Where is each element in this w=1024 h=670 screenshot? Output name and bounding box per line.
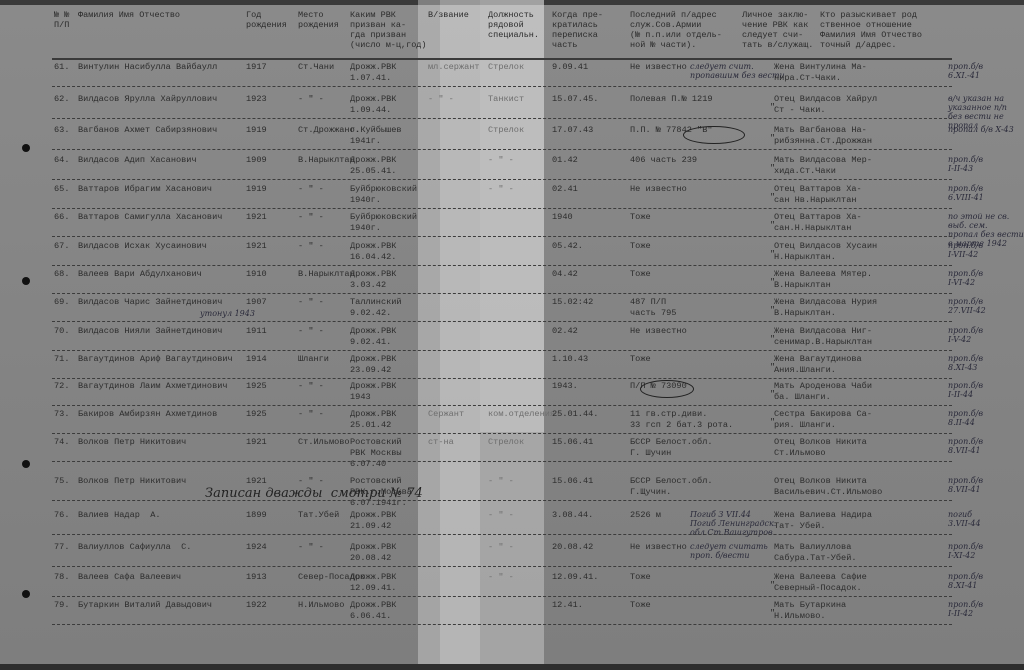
- cell-year: 1925: [246, 409, 267, 420]
- cell-drafted: Таллинский 9.02.42.: [350, 297, 402, 319]
- row-divider: [52, 321, 952, 322]
- cell-place: - " -: [298, 297, 324, 308]
- column-header-drafted: Каким РВК призван ка- гда призван (число…: [350, 10, 427, 50]
- cell-drafted: Дрожж.РВК 23.09.42: [350, 354, 396, 376]
- cell-year: 1924: [246, 542, 267, 553]
- cell-date-lost: 15.02:42: [552, 297, 593, 308]
- cell-relative: Отец Волков Никита Васильевич.Ст.Ильмово: [774, 476, 882, 498]
- cell-relative: Жена Вагаутдинова Ания.Шланги.: [774, 354, 862, 376]
- cell-place: Ст.Чани: [298, 62, 334, 73]
- cell-drafted: Дрожж.РВК 3.03.42: [350, 269, 396, 291]
- cell-last-address: 11 гв.стр.диви. 33 гсп 2 бат.3 рота.: [630, 409, 733, 431]
- row-divider: [52, 596, 952, 597]
- column-header-last-address: Последний п/адрес служ.Сов.Армии (№ п.п.…: [630, 10, 722, 50]
- cell-num: 72.: [54, 381, 69, 392]
- handwritten-note: проп.б/в I-II-42: [948, 600, 983, 618]
- cell-relative: Жена Вилдасова Нурия В.Нарыклтан.: [774, 297, 877, 319]
- handwritten-note: проп.б/в 8.XI-41: [948, 572, 983, 590]
- cell-place: - " -: [298, 409, 324, 420]
- cell-num: 71.: [54, 354, 69, 365]
- cell-num: 78.: [54, 572, 69, 583]
- cell-relative: Мать Бутаркина Н.Ильмово.: [774, 600, 846, 622]
- cell-num: 75.: [54, 476, 69, 487]
- cell-relative: Отец Ваттаров Ха- сан Нв.Нарыклтан: [774, 184, 862, 206]
- cell-drafted: Дрожж.РВК 9.02.41.: [350, 326, 396, 348]
- cell-date-lost: 12.41.: [552, 600, 583, 611]
- cell-drafted: Дрожж.РВК 25.05.41.: [350, 155, 396, 177]
- header-rule: [52, 58, 952, 60]
- cell-drafted: Дрожж.РВК 16.04.42.: [350, 241, 396, 263]
- cell-year: 1910: [246, 269, 267, 280]
- cell-name: Вилдасов Нияли Зайнетдинович: [78, 326, 222, 337]
- cell-num: 73.: [54, 409, 69, 420]
- cell-relative: Жена Валеева Мятер. В.Нарыклтан: [774, 269, 872, 291]
- cell-place: - " -: [298, 326, 324, 337]
- cell-year: 1921: [246, 241, 267, 252]
- row-divider: [52, 350, 952, 351]
- cell-year: 1913: [246, 572, 267, 583]
- cell-year: 1911: [246, 326, 267, 337]
- cell-year: 1914: [246, 354, 267, 365]
- cell-relative: Сестра Бакирова Са- рия. Шланги.: [774, 409, 872, 431]
- row-divider: [52, 293, 952, 294]
- cell-last-address: БССР Белост.обл. Г.Щучин.: [630, 476, 713, 498]
- row-divider: [52, 179, 952, 180]
- handwritten-note: проп.б/в 8.II-44: [948, 409, 983, 427]
- handwritten-note: проп.б/в I-II-43: [948, 155, 983, 173]
- page-bottom-edge: [0, 664, 1024, 670]
- cell-place: Ст.Ильмово: [298, 437, 350, 448]
- cell-num: 66.: [54, 212, 69, 223]
- cell-place: В.Нарыклтан: [298, 155, 355, 166]
- cell-last-address: 487 П/П часть 795: [630, 297, 676, 319]
- cell-last-address: Тоже: [630, 572, 651, 583]
- cell-year: 1922: [246, 600, 267, 611]
- cell-name: Вагбанов Ахмет Сабирзянович: [78, 125, 217, 136]
- cell-rank: ст-на: [428, 437, 454, 448]
- cell-num: 69.: [54, 297, 69, 308]
- column-header-place: Место рождения: [298, 10, 339, 30]
- cell-num: 70.: [54, 326, 69, 337]
- cell-num: 79.: [54, 600, 69, 611]
- cell-last-address: Не известно: [630, 326, 687, 337]
- cell-date-lost: 1.10.43: [552, 354, 588, 365]
- cell-name: Ваттаров Самигулла Хасанович: [78, 212, 222, 223]
- cell-num: 74.: [54, 437, 69, 448]
- cell-drafted: Дрожж.РВК 12.09.41.: [350, 572, 396, 594]
- cell-place: - " -: [298, 212, 324, 223]
- handwritten-note: проп.б/в 8.VII-41: [948, 437, 983, 455]
- cell-name: Вилдасов Адип Хасанович: [78, 155, 197, 166]
- cell-date-lost: 3.08.44.: [552, 510, 593, 521]
- cell-rvk-note: следует считать проп. б/вести: [690, 542, 768, 560]
- cell-last-address: Не известно: [630, 542, 687, 553]
- cell-position: - " -: [488, 572, 514, 583]
- cell-relative: Жена Винтулина Ма- нира.Ст-Чаки.: [774, 62, 867, 84]
- cell-rvk-note: Погиб 3 VII.44 Погиб Ленинградск. обл.Ст…: [690, 510, 776, 537]
- row-divider: [52, 461, 952, 462]
- cell-num: 61.: [54, 62, 69, 73]
- cell-last-address: Тоже: [630, 241, 651, 252]
- cell-name: Валеев Сафа Валеевич: [78, 572, 181, 583]
- cell-num: 64.: [54, 155, 69, 166]
- row-divider: [52, 378, 952, 379]
- cell-relative: Мать Вагбанова На- рибзянна.Ст.Дрожжан: [774, 125, 872, 147]
- cell-drafted: Дрожж.РВК 25.01.42: [350, 409, 396, 431]
- cell-drafted: Буйбрюковский 1940г.: [350, 184, 417, 206]
- handwritten-note: проп.б/в I-II-44: [948, 381, 983, 399]
- cell-relative: Жена Валиева Надира Тат- Убей.: [774, 510, 872, 532]
- hole-punch: [22, 460, 30, 468]
- column-header-rank: В/звание: [428, 10, 469, 20]
- cell-name: Ваттаров Ибрагим Хасанович: [78, 184, 212, 195]
- cell-relative: Мать Вилдасова Мер- хида.Ст.Чаки: [774, 155, 872, 177]
- cell-rank: мл.сержант: [428, 62, 480, 73]
- cell-position: - " -: [488, 184, 514, 195]
- cell-date-lost: 25.01.44.: [552, 409, 598, 420]
- handwritten-note: погиб 3.VII-44: [948, 510, 981, 528]
- cell-drafted: Буйбрюковский 1940г.: [350, 212, 417, 234]
- cell-date-lost: 01.42: [552, 155, 578, 166]
- hole-punch: [22, 144, 30, 152]
- cell-last-address: Не известно: [630, 62, 687, 73]
- cell-name: Валиуллов Сафиулла С.: [78, 542, 191, 553]
- cell-date-lost: 15.06.41: [552, 476, 593, 487]
- cell-place: - " -: [298, 184, 324, 195]
- cell-year: 1919: [246, 125, 267, 136]
- cell-last-address: Тоже: [630, 600, 651, 611]
- column-header-num: № № П/П: [54, 10, 69, 30]
- cell-relative: Отец Вилдасов Хусаин Н.Нарыклтан.: [774, 241, 877, 263]
- cell-last-address: 406 часть 239: [630, 155, 697, 166]
- handwritten-note: проп.б/в I-VII-42: [948, 241, 983, 259]
- cell-year: 1919: [246, 184, 267, 195]
- handwritten-note: проп.б/в 6.XI.-41: [948, 62, 983, 80]
- cell-year: 1909: [246, 155, 267, 166]
- cell-num: 68.: [54, 269, 69, 280]
- cell-date-lost: 02.41: [552, 184, 578, 195]
- cell-relative: Отец Волков Никита Ст.Ильмово: [774, 437, 867, 459]
- cell-name: Вагаутдинов Ариф Вагаутдинович: [78, 354, 233, 365]
- cell-date-lost: 05.42.: [552, 241, 583, 252]
- cell-date-lost: 12.09.41.: [552, 572, 598, 583]
- handwritten-note: проп.б/в 6.VIII-41: [948, 184, 984, 202]
- row-divider: [52, 405, 952, 406]
- cell-num: 76.: [54, 510, 69, 521]
- cell-date-lost: 15.07.45.: [552, 94, 598, 105]
- cell-position: Стрелок: [488, 125, 524, 136]
- cell-name: Вилдасов Исхак Хусаинович: [78, 241, 207, 252]
- cell-drafted: Дрожж.РВК 1.09.44.: [350, 94, 396, 116]
- cell-relative: Мать Валиуллова Сабура.Тат-Убей.: [774, 542, 857, 564]
- row-divider: [52, 624, 952, 625]
- cell-drafted: Ростовский РВК Москвы 6.07.40: [350, 437, 402, 470]
- cell-position: - " -: [488, 510, 514, 521]
- handwritten-note: проп.б/в I-V-42: [948, 326, 983, 344]
- cell-date-lost: 20.08.42: [552, 542, 593, 553]
- cell-name: Валеев Вари Абдулханович: [78, 269, 202, 280]
- handwritten-note: проп.б/в 27.VII-42: [948, 297, 986, 315]
- cell-relative: Отец Ваттаров Ха- сан.Н.Нарыклтан: [774, 212, 862, 234]
- cell-last-address: Полевая П.№ 1219: [630, 94, 713, 105]
- handwritten-note: проп.б/в I-VI-42: [948, 269, 983, 287]
- cell-place: - " -: [298, 381, 324, 392]
- cell-place: - " -: [298, 542, 324, 553]
- column-header-name: Фамилия Имя Отчество: [78, 10, 180, 20]
- row-divider: [52, 433, 952, 434]
- circle-mark: [683, 126, 745, 144]
- cell-rank: - " -: [428, 94, 454, 105]
- cell-drafted: Дрожж.РВК 1.07.41.: [350, 62, 396, 84]
- cell-drafted: Дрожж.РВК 20.08.42: [350, 542, 396, 564]
- cell-place: - " -: [298, 241, 324, 252]
- cell-drafted: г.Куйбышев 1941г.: [350, 125, 402, 147]
- cell-name: Вилдасов Чарис Зайнетдинович: [78, 297, 222, 308]
- cell-num: 67.: [54, 241, 69, 252]
- row-divider: [52, 149, 952, 150]
- cell-drafted: Дрожж.РВК 21.09.42: [350, 510, 396, 532]
- cell-position: Стрелок: [488, 62, 524, 73]
- cell-year: 1921: [246, 437, 267, 448]
- column-header-relative: Кто разыскивает род ственное отношение Ф…: [820, 10, 922, 50]
- cell-date-lost: 02.42: [552, 326, 578, 337]
- cell-date-lost: 9.09.41: [552, 62, 588, 73]
- cell-year: 1925: [246, 381, 267, 392]
- column-header-year: Год рождения: [246, 10, 287, 30]
- handwritten-note: пропал б/в X-43: [948, 125, 1014, 134]
- cell-name: Валиев Надар А.: [78, 510, 161, 521]
- cell-num: 63.: [54, 125, 69, 136]
- handwritten-note: проп.б/в I-XI-42: [948, 542, 983, 560]
- cell-position: - " -: [488, 542, 514, 553]
- cell-relative: Отец Вилдасов Хайрул Ст - Чаки.: [774, 94, 877, 116]
- row-divider: [52, 566, 952, 567]
- cell-drafted: Дрожж.РВК 6.06.41.: [350, 600, 396, 622]
- cell-date-lost: 1943.: [552, 381, 578, 392]
- cell-relative: Жена Валеева Сафие Северный-Посадок.: [774, 572, 867, 594]
- cell-position: Стрелок: [488, 437, 524, 448]
- cell-last-address: Тоже: [630, 269, 651, 280]
- cell-num: 62.: [54, 94, 69, 105]
- cell-name: Вагаутдинов Лаим Ахметдинович: [78, 381, 228, 392]
- cell-place: Шланги: [298, 354, 329, 365]
- cell-rank: Сержант: [428, 409, 464, 420]
- cell-position: - " -: [488, 155, 514, 166]
- row-divider: [52, 534, 952, 535]
- cell-name: Волков Петр Никитович: [78, 476, 186, 487]
- cell-year: 1921: [246, 212, 267, 223]
- cell-relative: Мать Ароденова Чаби ба. Шланги.: [774, 381, 872, 403]
- column-header-rvk-note: Личное заклю- чение РВК как следует счи-…: [742, 10, 813, 50]
- cell-num: 77.: [54, 542, 69, 553]
- circle-mark: [640, 380, 694, 398]
- cell-date-lost: 17.07.43: [552, 125, 593, 136]
- cell-position: ком.отделения: [488, 409, 555, 420]
- cell-name: Вилдасов Ярулла Хайруллович: [78, 94, 217, 105]
- column-header-date-lost: Когда пре- кратилась переписка часть: [552, 10, 603, 50]
- cell-rvk-note: следует счит. пропавшим без вести: [690, 62, 785, 80]
- cell-place: - " -: [298, 94, 324, 105]
- cell-year: 1907: [246, 297, 267, 308]
- cell-drafted: Дрожж.РВК 1943: [350, 381, 396, 403]
- cell-position: - " -: [488, 476, 514, 487]
- cell-name: Бакиров Амбирзян Ахметдинов: [78, 409, 217, 420]
- cell-place: Тат.Убей: [298, 510, 339, 521]
- cell-last-address: Не известно: [630, 184, 687, 195]
- hole-punch: [22, 590, 30, 598]
- cell-date-lost: 1940: [552, 212, 573, 223]
- cell-name: Винтулин Насибулла Вайбаулл: [78, 62, 217, 73]
- row-divider: [52, 236, 952, 237]
- row-divider: [52, 86, 952, 87]
- cell-year: 1917: [246, 62, 267, 73]
- cell-position: Танкист: [488, 94, 524, 105]
- hole-punch: [22, 277, 30, 285]
- row-divider: [52, 118, 952, 119]
- cell-num: 65.: [54, 184, 69, 195]
- row-divider: [52, 265, 952, 266]
- row-divider: [52, 208, 952, 209]
- handwritten-note: проп.б/в 8.VII-41: [948, 476, 983, 494]
- cell-last-address: БССР Белост.обл. Г. Шучин: [630, 437, 713, 459]
- handwritten-annotation: Записан дважды смотри № 74: [205, 486, 423, 501]
- cell-name: Бутаркин Виталий Давыдович: [78, 600, 212, 611]
- document-page: № № П/ПФамилия Имя ОтчествоГод рожденияМ…: [0, 0, 1024, 670]
- cell-last-address: Тоже: [630, 354, 651, 365]
- handwritten-note: проп.б/в 8.XI-43: [948, 354, 983, 372]
- handwritten-annotation: утонул 1943: [200, 309, 255, 318]
- cell-date-lost: 04.42: [552, 269, 578, 280]
- cell-date-lost: 15.06.41: [552, 437, 593, 448]
- cell-relative: Жена Вилдасова Ниг- сенимар.В.Нарыклтан: [774, 326, 872, 348]
- cell-year: 1923: [246, 94, 267, 105]
- cell-place: В.Нарыклтан: [298, 269, 355, 280]
- cell-last-address: 2526 м: [630, 510, 661, 521]
- cell-name: Волков Петр Никитович: [78, 437, 186, 448]
- cell-place: Н.Ильмово: [298, 600, 344, 611]
- row-divider: [52, 500, 952, 501]
- cell-last-address: Тоже: [630, 212, 651, 223]
- cell-year: 1899: [246, 510, 267, 521]
- column-header-position: Должность рядовой специальн.: [488, 10, 539, 40]
